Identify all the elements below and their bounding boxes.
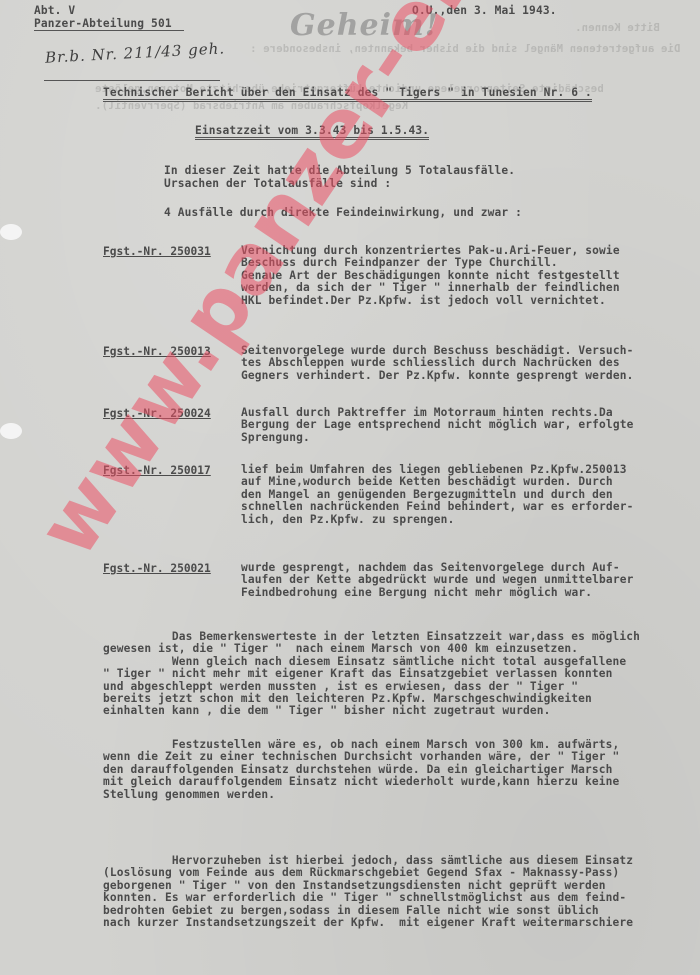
bleed-through-text: Die aufgetretenen Mängel sind die bisher… [250, 43, 680, 55]
handwritten-reference: Br.b. Nr. 211/43 geh. [45, 39, 226, 66]
chassis-number-label: Fgst.-Nr. 250017 [103, 464, 211, 477]
chassis-number-label: Fgst.-Nr. 250024 [103, 407, 211, 420]
loss-description: Seitenvorgelege wurde durch Beschuss bes… [241, 345, 633, 382]
punch-hole [0, 224, 22, 240]
handwritten-underline [44, 80, 220, 81]
report-title: Technischer Bericht über den Einsatz des… [103, 86, 592, 102]
chassis-number-label: Fgst.-Nr. 250021 [103, 562, 211, 575]
unit-name: Panzer-Abteilung 501 [34, 17, 184, 31]
bleed-through-text: Bitte Kennen. [575, 22, 660, 34]
department-label: Abt. V [34, 4, 75, 17]
loss-description: Ausfall durch Paktreffer im Motorraum hi… [241, 407, 633, 444]
loss-description: wurde gesprengt, nachdem das Seitenvorge… [241, 562, 633, 599]
chassis-number-label: Fgst.-Nr. 250013 [103, 345, 211, 358]
body-paragraph: Hervorzuheben ist hierbei jedoch, dass s… [103, 855, 633, 929]
document-page: Bitte Kennen. Die aufgetretenen Mängel s… [0, 0, 700, 975]
punch-hole [0, 423, 22, 439]
chassis-number-label: Fgst.-Nr. 250031 [103, 245, 211, 258]
body-paragraph: Das Bemerkenswerteste in der letzten Ein… [103, 631, 640, 718]
deployment-period: Einsatzzeit vom 3.3.43 bis 1.5.43. [195, 124, 429, 140]
body-paragraph: Festzustellen wäre es, ob nach einem Mar… [103, 739, 619, 801]
intro-enemy-action: 4 Ausfälle durch direkte Feindeinwirkung… [164, 206, 522, 219]
intro-causes: Ursachen der Totalausfälle sind : [164, 177, 391, 190]
loss-description: Vernichtung durch konzentriertes Pak-u.A… [241, 245, 620, 307]
classification-stamp: Geheim! [290, 8, 439, 43]
loss-description: lief beim Umfahren des liegen gebliebene… [241, 464, 633, 526]
intro-total-losses: In dieser Zeit hatte die Abteilung 5 Tot… [164, 164, 515, 177]
